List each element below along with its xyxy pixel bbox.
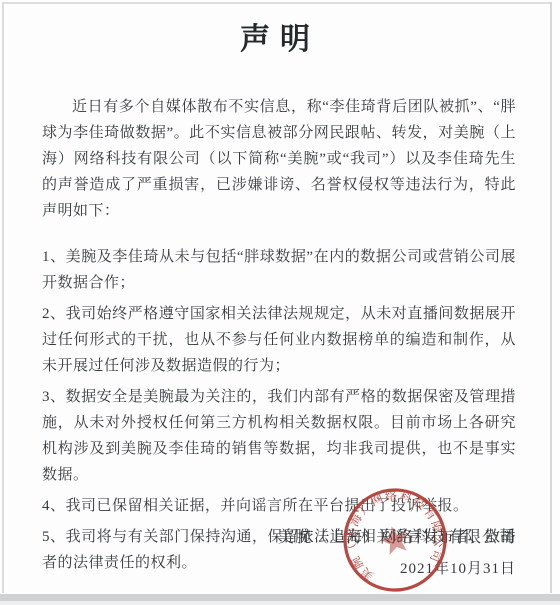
statement-body: 近日有多个自媒体散布不实信息，称“李佳琦背后团队被抓”、“胖球为李佳琦做数据”。… — [42, 94, 516, 576]
statement-item-2: 2、我司始终严格遵守国家相关法律法规规定，从未对直播间数据展开过任何形式的干扰，… — [42, 301, 516, 379]
page-edge-bottom — [0, 594, 560, 601]
intro-paragraph: 近日有多个自媒体散布不实信息，称“李佳琦背后团队被抓”、“胖球为李佳琦做数据”。… — [42, 94, 516, 224]
signature-block: 美腕（上海）网络科技有限公司 2021年10月31日 — [278, 524, 516, 578]
statement-item-4: 4、我司已保留相关证据，并向谣言所在平台提出了投诉举报。 — [42, 493, 516, 519]
signature-company: 美腕（上海）网络科技有限公司 — [278, 524, 516, 547]
page-title: 声明 — [0, 0, 560, 58]
page-edge-bottom-shadow — [0, 601, 560, 605]
statement-item-1: 1、美腕及李佳琦从未与包括“胖球数据”在内的数据公司或营销公司展开数据合作； — [42, 244, 516, 296]
page-edge-left — [2, 2, 4, 593]
statement-document: 声明 近日有多个自媒体散布不实信息，称“李佳琦背后团队被抓”、“胖球为李佳琦做数… — [0, 0, 560, 605]
statement-item-3: 3、数据安全是美腕最为关注的，我们内部有严格的数据保密及管理措施，从未对外授权任… — [42, 384, 516, 488]
signature-date: 2021年10月31日 — [278, 557, 516, 578]
page-edge-right — [550, 2, 552, 593]
page-edge-top — [2, 2, 552, 4]
